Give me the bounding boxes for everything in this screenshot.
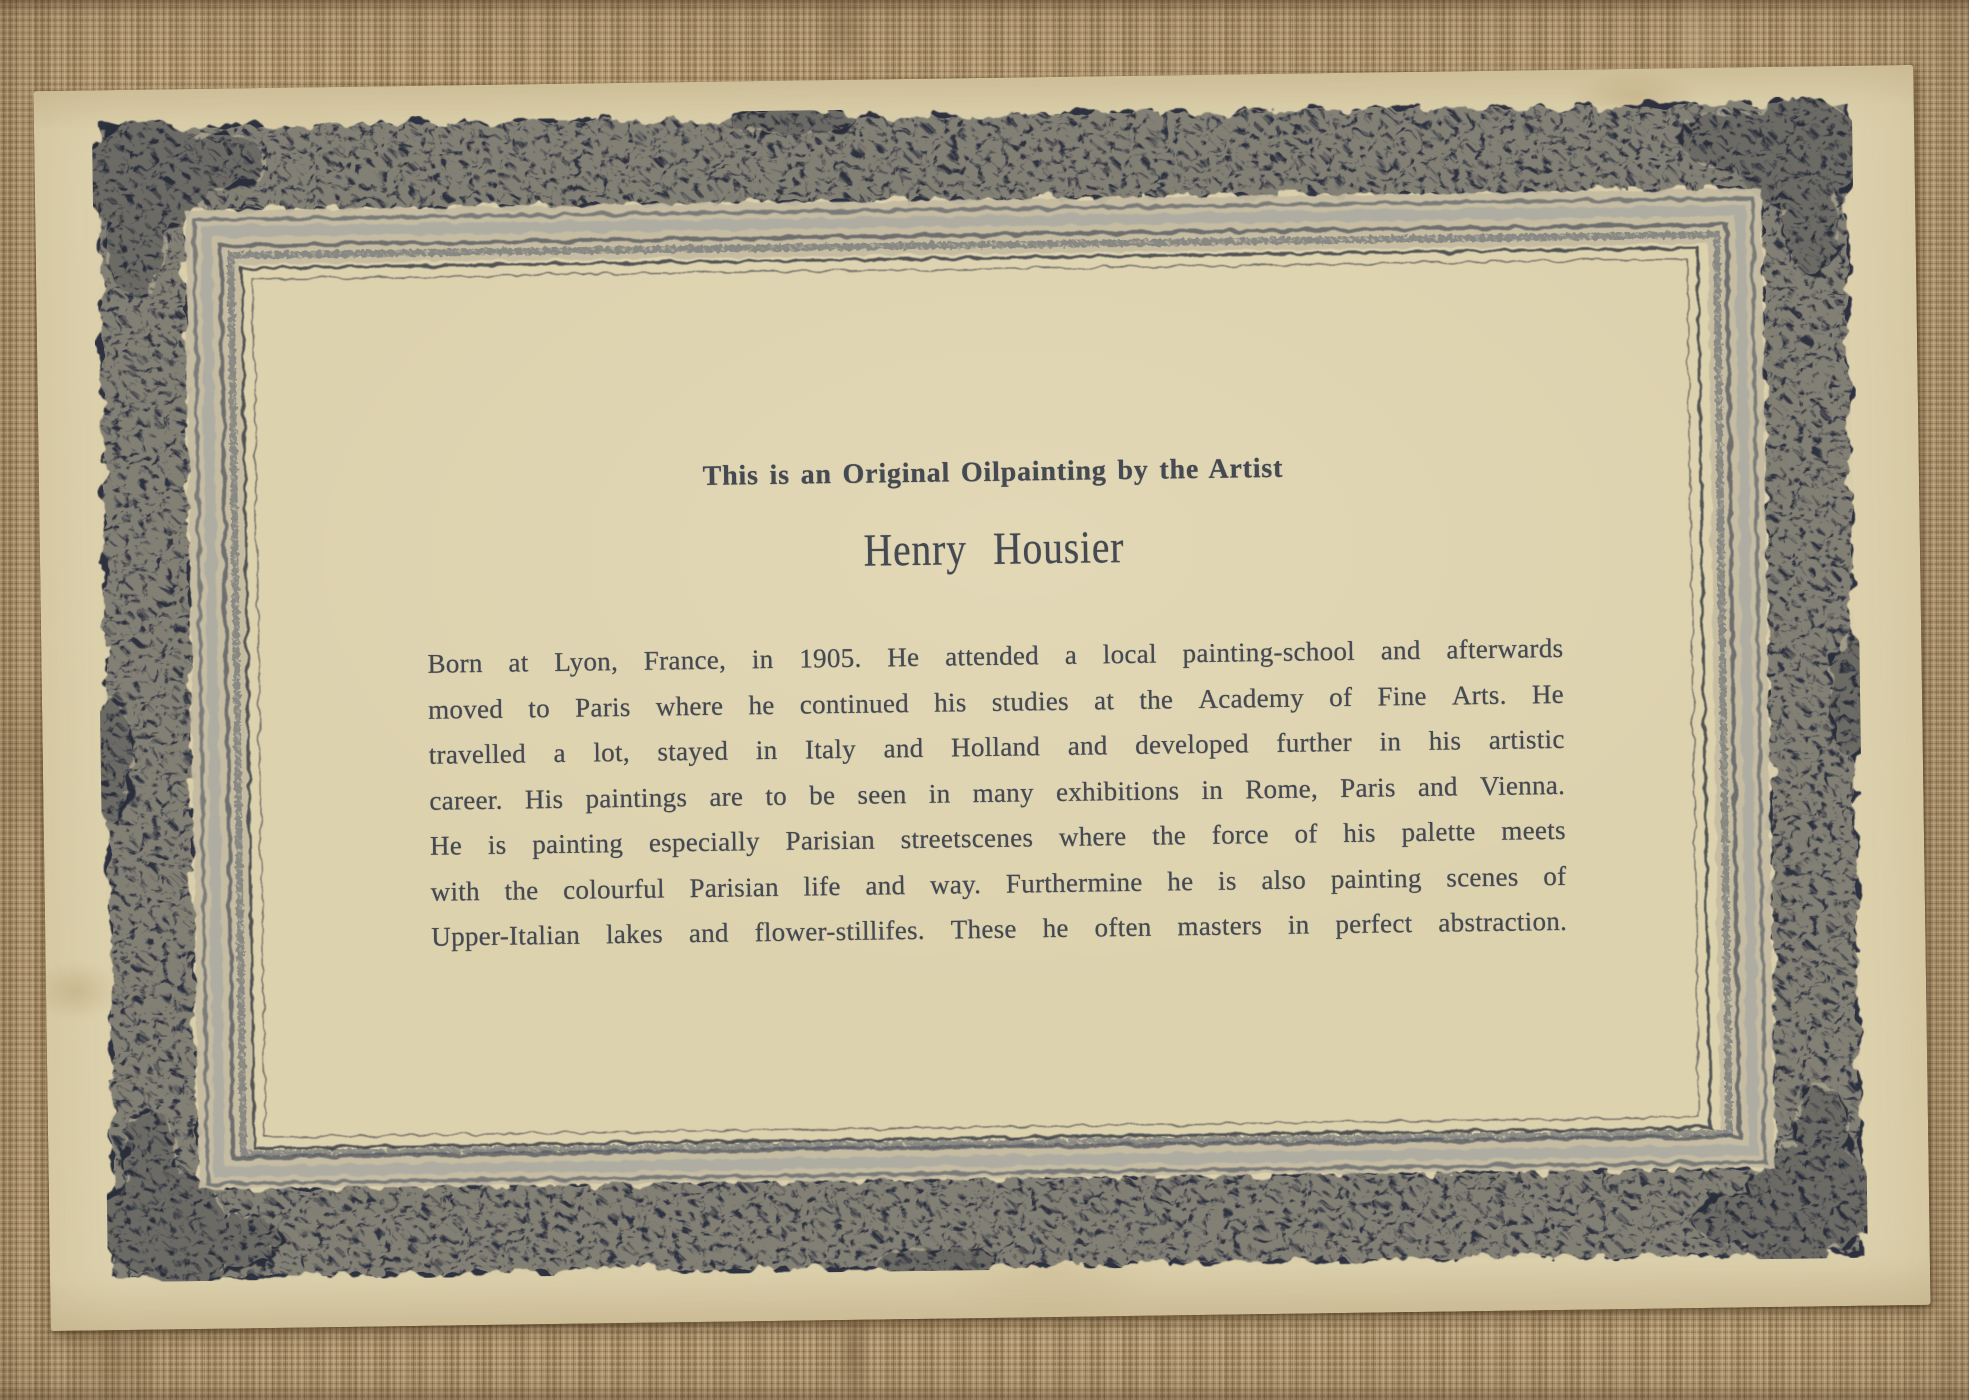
bio-word: further <box>1276 727 1352 759</box>
bio-word: Upper-Italian <box>431 920 580 953</box>
bio-word: He <box>430 830 463 861</box>
bio-word: streetscenes <box>900 822 1033 855</box>
bio-word: the <box>504 875 538 906</box>
bio-word: to <box>765 780 787 811</box>
photo-canvas: This is an Original Oilpainting by the A… <box>0 0 1969 1400</box>
bio-word: continued <box>800 688 910 721</box>
bio-word: of <box>1329 681 1353 712</box>
bio-word: Vienna. <box>1480 769 1566 801</box>
bio-word: force <box>1212 819 1269 851</box>
artist-bio: BornatLyon,France,in1905.Heattendedaloca… <box>427 633 1567 967</box>
bio-word: painting-school <box>1182 636 1355 669</box>
bio-word: where <box>1059 821 1127 853</box>
bio-word: meets <box>1501 815 1566 847</box>
bio-word: artistic <box>1489 724 1565 756</box>
bio-word: Paris <box>575 691 631 723</box>
bio-word: masters <box>1177 910 1262 942</box>
bio-word: especially <box>649 826 760 859</box>
bio-word: in <box>1379 726 1401 757</box>
bio-word: way. <box>930 869 982 901</box>
bio-word: his <box>934 687 967 718</box>
bio-word: in <box>752 644 774 675</box>
bio-word: Parisian <box>785 825 875 857</box>
bio-word: be <box>809 780 836 811</box>
bio-word: in <box>1288 909 1310 940</box>
bio-word: he <box>748 689 775 720</box>
bio-word: of <box>1294 818 1318 849</box>
bio-word: is <box>488 830 507 861</box>
intro-line: This is an Original Oilpainting by the A… <box>247 446 1739 499</box>
paper-label: This is an Original Oilpainting by the A… <box>33 65 1930 1331</box>
bio-word: the <box>1139 684 1173 715</box>
bio-word: developed <box>1135 728 1249 761</box>
bio-word: with <box>430 876 480 908</box>
bio-word: Rome, <box>1245 773 1318 805</box>
bio-word: France, <box>644 645 727 677</box>
bio-word: local <box>1103 639 1157 671</box>
artist-name: Henry Housier <box>352 517 1636 581</box>
bio-word: His <box>525 783 564 815</box>
bio-word: moved <box>428 693 503 725</box>
bio-word: a <box>1065 640 1078 671</box>
bio-word: perfect <box>1335 908 1412 940</box>
bio-word: in <box>929 778 951 809</box>
bio-word: and <box>1381 635 1421 667</box>
bio-word: career. <box>429 784 503 816</box>
bio-word: and <box>689 918 729 950</box>
bio-word: stayed <box>657 736 728 768</box>
bio-word: often <box>1094 912 1151 944</box>
bio-word: lakes <box>606 918 663 950</box>
bio-word: Paris <box>1340 772 1396 804</box>
bio-word: of <box>1543 860 1567 891</box>
bio-word: life <box>803 870 841 902</box>
bio-word: scenes <box>1446 861 1519 893</box>
bio-word: He <box>887 642 920 673</box>
bio-word: paintings <box>585 782 687 814</box>
bio-word: Lyon, <box>554 646 618 678</box>
bio-word: painting <box>532 828 623 860</box>
bio-word: flower-stillifes. <box>754 915 925 948</box>
bio-word: Fine <box>1377 680 1427 712</box>
bio-word: seen <box>857 779 907 811</box>
bio-word: Parisian <box>689 871 779 903</box>
bio-word: and <box>865 870 905 902</box>
bio-word: palette <box>1401 816 1475 848</box>
bio-word: in <box>1201 774 1223 805</box>
bio-word: Italy <box>805 734 856 766</box>
bio-word: Academy <box>1198 682 1304 714</box>
bio-word: colourful <box>563 873 665 905</box>
label-content: This is an Original Oilpainting by the A… <box>241 67 1745 969</box>
bio-word: exhibitions <box>1056 775 1180 808</box>
bio-word: also <box>1261 864 1306 896</box>
bio-word: lot, <box>593 737 630 769</box>
bio-word: Furthermine <box>1006 866 1143 899</box>
bio-word: he <box>1167 866 1194 897</box>
bio-word: painting <box>1331 862 1422 894</box>
bio-word: his <box>1429 725 1462 756</box>
bio-word: travelled <box>429 738 527 770</box>
bio-word: and <box>1418 771 1458 803</box>
bio-word: a <box>553 738 566 769</box>
bio-word: These <box>951 914 1017 946</box>
bio-word: to <box>528 693 550 724</box>
bio-word: attended <box>945 640 1039 672</box>
bio-word: 1905. <box>799 643 862 675</box>
bio-word: is <box>1218 865 1237 896</box>
bio-word: Holland <box>951 731 1041 763</box>
bio-word: are <box>709 781 743 812</box>
bio-word: and <box>883 733 923 765</box>
bio-word: and <box>1067 730 1107 762</box>
bio-word: afterwards <box>1446 633 1563 666</box>
bio-word: studies <box>992 685 1070 717</box>
bio-word: abstraction. <box>1438 906 1567 939</box>
bio-word: in <box>756 735 778 766</box>
bio-word: he <box>1042 913 1069 944</box>
bio-word: Born <box>427 648 483 680</box>
bio-word: He <box>1532 678 1565 709</box>
bio-word: many <box>972 777 1034 809</box>
bio-word: at <box>1094 685 1115 716</box>
bio-word: where <box>656 690 724 722</box>
bio-word: Arts. <box>1452 679 1507 711</box>
bio-word: at <box>508 647 529 678</box>
bio-word: the <box>1152 820 1186 851</box>
bio-word: his <box>1343 818 1376 849</box>
